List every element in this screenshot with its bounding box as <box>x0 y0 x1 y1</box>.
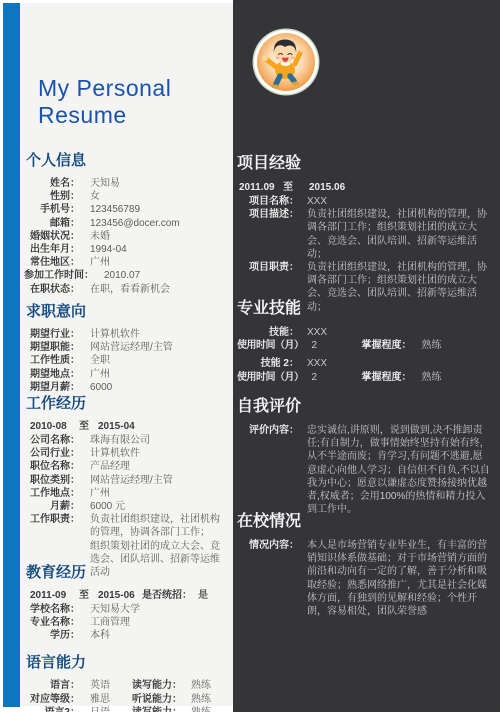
section-personal-info: 个人信息 姓名：天知易 性别：女 手机号：123456789 邮箱：123456… <box>24 149 231 296</box>
field-label: 项目名称： <box>237 195 299 208</box>
field-label: 在职状态： <box>24 283 80 296</box>
left-column: My Personal Resume 个人信息 姓名：天知易 性别：女 手机号：… <box>20 3 233 706</box>
period-separator: 至 <box>79 589 98 603</box>
field-value: 广州 <box>90 368 110 381</box>
field-label: 婚姻状况： <box>24 230 80 243</box>
field-value: 熟练 <box>191 706 211 712</box>
work-period: 2010-08 至 2015-04 <box>24 420 231 434</box>
field-label: 使用时间（月） <box>237 339 304 352</box>
field-label: 对应等级： <box>24 693 80 707</box>
page-title: My Personal Resume <box>38 75 233 129</box>
duty-line: 负责社团组织建设，社团机构的管理，协调各部门工作； <box>90 513 229 539</box>
field-value: 英语 <box>90 679 132 693</box>
section-title: 个人信息 <box>24 149 231 170</box>
section-job-intention: 求职意向 期望行业：计算机软件 期望职能：网站营运经理/主管 工作性质：全职 期… <box>24 300 231 394</box>
field-row: 期望行业：计算机软件 <box>24 328 231 341</box>
section-title: 语言能力 <box>24 651 231 672</box>
section-education: 教育经历 2011-09 至 2015-06 是否统招： 是 学校名称：天知易大… <box>24 561 231 643</box>
field-label: 月薪： <box>24 500 80 513</box>
education-period: 2011-09 至 2015-06 是否统招： 是 <box>24 589 231 603</box>
section-title: 专业技能 <box>237 295 494 318</box>
field-value: XXX <box>307 195 490 208</box>
field-value: 工商管理 <box>90 616 130 629</box>
skill-usage-row: 使用时间（月） 2 掌握程度： 熟练 <box>237 339 494 352</box>
field-value: 天知易 <box>90 177 120 190</box>
field-row: 出生年月：1994-04 <box>24 243 231 256</box>
field-label: 专业名称： <box>24 616 80 629</box>
project-description-row: 项目描述：负责社团组织建设，社团机构的管理，协调各部门工作；组织策划社团的成立大… <box>237 208 494 261</box>
period-end: 2015-06 <box>98 589 142 603</box>
section-title: 工作经历 <box>24 392 231 413</box>
field-row: 工作地点：广州 <box>24 487 231 500</box>
field-value: 熟练 <box>191 679 211 693</box>
field-label: 是否统招： <box>142 589 190 603</box>
field-value: 熟练 <box>422 371 442 384</box>
field-label: 学校名称： <box>24 603 80 616</box>
field-value: 本科 <box>90 629 110 642</box>
language-row: 语言： 英语 读写能力： 熟练 <box>24 679 231 693</box>
field-row: 专业名称：工商管理 <box>24 616 231 629</box>
field-label: 技能 2： <box>237 357 299 370</box>
field-row: 职位类别：网站营运经理/主管 <box>24 474 231 487</box>
field-row: 学校名称：天知易大学 <box>24 603 231 616</box>
field-value: 未婚 <box>90 230 110 243</box>
field-value: 日语 <box>90 706 132 712</box>
section-title: 自我评价 <box>237 393 494 416</box>
field-label: 性别： <box>24 190 80 203</box>
field-label: 职位名称： <box>24 460 80 473</box>
period-start: 2011-09 <box>30 589 79 603</box>
field-value: 珠海有限公司 <box>90 434 150 447</box>
field-value: 2 <box>312 371 360 384</box>
field-value: 2010.07 <box>104 269 140 282</box>
field-row: 公司行业：计算机软件 <box>24 447 231 460</box>
field-label: 公司行业： <box>24 447 80 460</box>
field-value: 是 <box>198 589 208 603</box>
skill-row: 技能 2：XXX <box>237 357 494 370</box>
section-work-experience: 工作经历 2010-08 至 2015-04 公司名称：珠海有限公司 公司行业：… <box>24 392 231 579</box>
field-label: 手机号： <box>24 203 80 216</box>
field-row: 月薪：6000 元 <box>24 500 231 513</box>
field-value: 123456789 <box>90 203 140 216</box>
field-label: 语言2： <box>24 706 80 712</box>
field-label: 读写能力： <box>132 706 182 712</box>
field-value: 123456@docer.com <box>90 217 180 230</box>
period-end: 2015.06 <box>309 181 353 195</box>
accent-bar <box>3 3 20 707</box>
skill-usage-row: 使用时间（月） 2 掌握程度： 熟练 <box>237 371 494 384</box>
period-end: 2015-04 <box>98 420 142 434</box>
language-row: 语言2： 日语 读写能力： 熟练 <box>24 706 231 712</box>
field-row: 邮箱：123456@docer.com <box>24 217 231 230</box>
field-label: 掌握程度： <box>360 339 412 352</box>
field-value: 计算机软件 <box>90 328 140 341</box>
field-value: XXX <box>307 326 490 339</box>
field-label: 常住地区： <box>24 256 80 269</box>
field-value: 忠实诚信,讲原则，说到做到,决不推卸责任;有自制力，做事情始终坚持有始有终，从不… <box>307 424 490 516</box>
field-row: 公司名称：珠海有限公司 <box>24 434 231 447</box>
section-language-ability: 语言能力 语言： 英语 读写能力： 熟练 对应等级： 雅思 听说能力： 熟练 语… <box>24 651 231 712</box>
field-label: 出生年月： <box>24 243 80 256</box>
period-start: 2011.09 <box>239 181 283 195</box>
field-row: 常住地区：广州 <box>24 256 231 269</box>
field-label: 期望职能： <box>24 341 80 354</box>
field-row: 工作性质：全职 <box>24 354 231 367</box>
field-label: 姓名： <box>24 177 80 190</box>
field-value: 负责社团组织建设，社团机构的管理，协调各部门工作；组织策划社团的成立大会、竞选会… <box>307 208 490 261</box>
language-row: 对应等级： 雅思 听说能力： 熟练 <box>24 693 231 707</box>
field-value: 雅思 <box>90 693 132 707</box>
field-value: 2 <box>312 339 360 352</box>
school-situation-row: 情况内容： 本人是市场营销专业毕业生，有丰富的营销知识体系做基础；对于市场营销方… <box>237 539 494 618</box>
field-value: 网站营运经理/主管 <box>90 341 173 354</box>
field-row: 手机号：123456789 <box>24 203 231 216</box>
section-title: 求职意向 <box>24 300 231 321</box>
field-value: 产品经理 <box>90 460 130 473</box>
section-school-situation: 在校情况 情况内容： 本人是市场营销专业毕业生，有丰富的营销知识体系做基础；对于… <box>237 508 494 618</box>
field-value: 网站营运经理/主管 <box>90 474 173 487</box>
field-label: 工作地点： <box>24 487 80 500</box>
field-label: 学历： <box>24 629 80 642</box>
field-label: 期望行业： <box>24 328 80 341</box>
field-value: 熟练 <box>422 339 442 352</box>
field-value: 熟练 <box>191 693 211 707</box>
jumping-boy-avatar <box>252 28 320 96</box>
section-project-experience: 项目经验 2011.09 至 2015.06 项目名称：XXX 项目描述：负责社… <box>237 150 494 314</box>
field-row: 学历：本科 <box>24 629 231 642</box>
field-label: 职位类别： <box>24 474 80 487</box>
field-label: 听说能力： <box>132 693 182 707</box>
section-title: 在校情况 <box>237 508 494 531</box>
skill-row: 技能：XXX <box>237 326 494 339</box>
right-column: 项目经验 2011.09 至 2015.06 项目名称：XXX 项目描述：负责社… <box>233 0 500 712</box>
field-row: 在职状态：在职，看看新机会 <box>24 283 231 296</box>
section-self-evaluation: 自我评价 评价内容： 忠实诚信,讲原则，说到做到,决不推卸责任;有自制力，做事情… <box>237 393 494 516</box>
section-title: 项目经验 <box>237 150 494 173</box>
field-value: 天知易大学 <box>90 603 140 616</box>
self-evaluation-row: 评价内容： 忠实诚信,讲原则，说到做到,决不推卸责任;有自制力，做事情始终坚持有… <box>237 424 494 516</box>
field-row: 期望地点：广州 <box>24 368 231 381</box>
field-label: 技能： <box>237 326 299 339</box>
field-value: 1994-04 <box>90 243 127 256</box>
field-row: 职位名称：产品经理 <box>24 460 231 473</box>
field-label: 公司名称： <box>24 434 80 447</box>
field-value: 广州 <box>90 487 110 500</box>
period-separator: 至 <box>79 420 98 434</box>
field-row: 性别：女 <box>24 190 231 203</box>
field-value: 女 <box>90 190 100 203</box>
field-row: 期望职能：网站营运经理/主管 <box>24 341 231 354</box>
field-label: 掌握程度： <box>360 371 412 384</box>
field-value: XXX <box>307 357 490 370</box>
field-row: 项目名称：XXX <box>237 195 494 208</box>
field-label: 情况内容： <box>237 539 299 618</box>
period-start: 2010-08 <box>30 420 79 434</box>
field-value: 6000 元 <box>90 500 125 513</box>
section-title: 教育经历 <box>24 561 231 582</box>
field-row: 姓名：天知易 <box>24 177 231 190</box>
field-row: 参加工作时间：2010.07 <box>24 269 231 282</box>
field-label: 语言： <box>24 679 80 693</box>
field-label: 项目描述： <box>237 208 299 261</box>
field-value: 广州 <box>90 256 110 269</box>
field-label: 期望地点： <box>24 368 80 381</box>
section-professional-skills: 专业技能 技能：XXX 使用时间（月） 2 掌握程度： 熟练 技能 2：XXX … <box>237 295 494 384</box>
field-label: 参加工作时间： <box>24 269 94 282</box>
field-value: 全职 <box>90 354 110 367</box>
field-value: 本人是市场营销专业毕业生，有丰富的营销知识体系做基础；对于市场营销方面的前沿和动… <box>307 539 490 618</box>
field-label: 读写能力： <box>132 679 182 693</box>
field-value: 计算机软件 <box>90 447 140 460</box>
field-value: 在职，看看新机会 <box>90 283 170 296</box>
period-separator: 至 <box>283 181 309 195</box>
field-row: 婚姻状况：未婚 <box>24 230 231 243</box>
field-label: 评价内容： <box>237 424 299 516</box>
project-period: 2011.09 至 2015.06 <box>237 181 494 195</box>
field-label: 邮箱： <box>24 217 80 230</box>
field-label: 使用时间（月） <box>237 371 304 384</box>
field-label: 工作性质： <box>24 354 80 367</box>
